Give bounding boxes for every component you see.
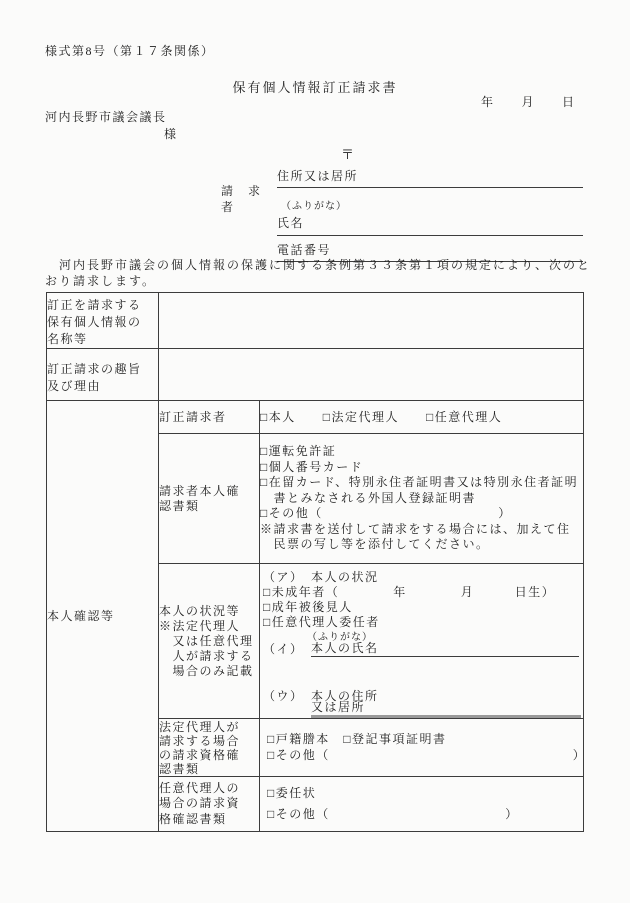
documents-label: 請求者本人確 認書類	[159, 484, 259, 514]
row-reason: 訂正請求の趣旨 及び理由	[47, 349, 584, 401]
checkbox-option-adult-ward[interactable]: □成年被後見人	[263, 600, 581, 615]
voluntary-rep-options-cell: □委任状 □その他（ ）	[260, 777, 584, 832]
principal-address-underline[interactable]: 又は居所	[311, 700, 581, 718]
identity-section-label: 本人確認等	[47, 609, 158, 624]
document-page: 様式第8号（第１７条関係） 保有個人情報訂正請求書 年 月 日 河内長野市議会議…	[0, 0, 630, 903]
identity-section-cell: 本人確認等	[47, 401, 159, 832]
checkbox-option-voluntary-rep-other[interactable]: □その他（ ）	[260, 804, 583, 825]
status-line-a-prefix: （ア）	[263, 570, 311, 585]
documents-label-cell: 請求者本人確 認書類	[159, 434, 260, 564]
principal-name-label: 本人の氏名	[311, 641, 379, 655]
form-number: 様式第8号（第１７条関係）	[45, 42, 215, 59]
status-label-cell: 本人の状況等 ※法定代理人 又は任意代理 人が請求する 場合のみ記載	[159, 564, 260, 719]
legal-rep-label: 法定代理人が 請求する場合 の請求資格確 認書類	[159, 719, 259, 776]
address-field-label: 住所又は居所	[277, 169, 358, 183]
phone-field-label: 電話番号	[277, 243, 331, 257]
row-reason-label-cell: 訂正請求の趣旨 及び理由	[47, 349, 159, 401]
claimant-label: 訂正請求者	[159, 410, 259, 425]
checkbox-option-legal-rep-other[interactable]: □その他（ ）	[260, 748, 583, 764]
principal-address-label2: 又は居所	[311, 700, 365, 714]
checkbox-option-power-of-attorney[interactable]: □委任状	[260, 783, 583, 804]
row-reason-label: 訂正請求の趣旨 及び理由	[47, 355, 158, 395]
checkbox-option-residence-card-line1[interactable]: □在留カード、特別永住者証明書又は特別永住者証明	[260, 475, 583, 491]
row-info-name-label-cell: 訂正を請求する 保有個人情報の 名称等	[47, 293, 159, 349]
name-field-label: 氏名	[277, 216, 304, 230]
addressee-honorific: 様	[164, 125, 178, 142]
status-line-a-text: 本人の状況	[311, 570, 379, 584]
address-field[interactable]: 住所又は居所	[277, 167, 583, 188]
claimant-label-cell: 訂正請求者	[159, 401, 260, 434]
addressee: 河内長野市議会議長	[45, 108, 167, 125]
legal-rep-options-cell: □戸籍謄本 □登記事項証明書 □その他（ ）	[260, 719, 584, 777]
postal-mark-icon: 〒	[341, 144, 356, 163]
furigana-label: （ふりがな）	[281, 197, 347, 212]
principal-address-field[interactable]: 又は居所	[263, 704, 581, 718]
status-content-cell: （ア）本人の状況 □未成年者（ 年 月 日生） □成年被後見人 □任意代理人委任…	[260, 564, 584, 719]
row-reason-input-cell[interactable]	[159, 349, 584, 401]
checkbox-option-other-document[interactable]: □その他（ ）	[260, 506, 583, 522]
checkbox-option-mynumber-card[interactable]: □個人番号カード	[260, 460, 583, 476]
claimant-options-cell[interactable]: □本人 □法定代理人 □任意代理人	[260, 401, 584, 434]
row-claimant: 本人確認等 訂正請求者 □本人 □法定代理人 □任意代理人	[47, 401, 584, 434]
voluntary-rep-label-cell: 任意代理人の 場合の請求資 格確認書類	[159, 777, 260, 832]
request-table: 訂正を請求する 保有個人情報の 名称等 訂正請求の趣旨 及び理由 本人確認等	[46, 292, 584, 832]
row-info-name-input-cell[interactable]	[159, 293, 584, 349]
date-line: 年 月 日	[481, 93, 576, 110]
requester-group-label: 請 求 者	[221, 183, 262, 215]
documents-note-line2: 民票の写し等を添付してください。	[260, 537, 583, 553]
principal-name-field[interactable]: （イ） 本人の氏名	[263, 643, 581, 657]
status-label: 本人の状況等 ※法定代理人 又は任意代理 人が請求する 場合のみ記載	[159, 604, 259, 679]
principal-name-underline[interactable]: 本人の氏名	[311, 641, 579, 657]
status-spacer	[263, 657, 581, 687]
checkbox-option-family-register[interactable]: □戸籍謄本 □登記事項証明書	[260, 732, 583, 748]
checkbox-option-residence-card-line2: 書とみなされる外国人登録証明書	[260, 491, 583, 507]
checkbox-option-drivers-license[interactable]: □運転免許証	[260, 444, 583, 460]
status-line-a: （ア）本人の状況	[263, 570, 581, 585]
voluntary-rep-label: 任意代理人の 場合の請求資 格確認書類	[159, 781, 259, 828]
name-field[interactable]: 氏名	[277, 214, 583, 236]
declaration-text: 河内長野市議会の個人情報の保護に関する条例第３３条第１項の規定により、次のと お…	[45, 258, 591, 289]
checkbox-option-delegator[interactable]: □任意代理人委任者	[263, 615, 581, 630]
checkbox-option-minor[interactable]: □未成年者（ 年 月 日生）	[263, 585, 581, 600]
claimant-checkbox-options[interactable]: □本人 □法定代理人 □任意代理人	[260, 410, 583, 425]
status-line-i-prefix: （イ）	[263, 642, 311, 657]
row-info-name-label: 訂正を請求する 保有個人情報の 名称等	[47, 293, 158, 348]
legal-rep-label-cell: 法定代理人が 請求する場合 の請求資格確 認書類	[159, 719, 260, 777]
row-info-name: 訂正を請求する 保有個人情報の 名称等	[47, 293, 584, 349]
documents-options-cell: □運転免許証 □個人番号カード □在留カード、特別永住者証明書又は特別永住者証明…	[260, 434, 584, 564]
documents-note-line1: ※請求書を送付して請求をする場合には、加えて住	[260, 522, 583, 538]
status-line-u-prefix: （ウ）	[263, 689, 311, 704]
